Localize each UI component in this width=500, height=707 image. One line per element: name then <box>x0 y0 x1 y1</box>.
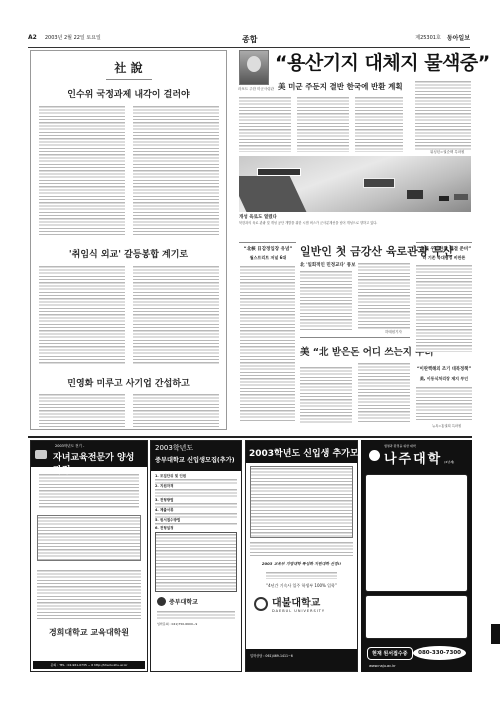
us-story-body-2 <box>358 362 410 423</box>
side-right2-headline: “이란핵해외 조기 대북정책” <box>416 366 472 372</box>
ad-daebul-logo: 대불대학교 <box>272 594 325 609</box>
lead-body-4 <box>415 80 471 150</box>
ad-kyunghee-kicker: 2003학년도 전기 - <box>55 444 143 449</box>
naju-emblem-icon <box>369 450 380 461</box>
editorial-body-3b <box>133 393 219 427</box>
ad-naju-website[interactable]: www.naju.ac.kr <box>361 664 472 668</box>
page-edge-marker <box>491 624 500 644</box>
photo-caption-title: 개성 육로도 열렸다 <box>239 214 277 220</box>
ad-naju[interactable]: 생명과 환경을 위한 대학 나주대학 (2년제) 현재 원서접수중 080-33… <box>361 440 472 672</box>
side-right2-body <box>416 386 472 420</box>
ad-joongbu[interactable]: 2003학년도 중부대학교 신입생모집(추가) 1. 모집단위 및 인원 2. … <box>150 440 242 672</box>
page-number: A2 <box>28 34 37 41</box>
side-right2-byline: 뉴욕=홍권희 특파원 <box>432 423 461 428</box>
section-title: 종합 <box>242 34 257 45</box>
ad-daebul-logo-en: DAEBUL UNIVERSITY <box>272 609 325 613</box>
news-photo <box>239 156 471 212</box>
ad-naju-title: 나주대학 <box>384 448 442 467</box>
side-right2-subheadline: 美, 이동식처리장 제지 부인 <box>416 376 472 382</box>
ad-kyunghee-title: 자녀교육전문가 양성과정 <box>53 450 143 476</box>
lead-body-1 <box>239 96 291 152</box>
ad-kyunghee-contact: 문의 : TEL : 02-961-0735 ~ 6 http://khedu.… <box>33 661 145 669</box>
ad-joongbu-title: 중부대학교 신입생모집(추가) <box>155 455 237 464</box>
ad-naju-phone[interactable]: 080-330-7300 <box>413 646 466 660</box>
editorial-headline-1: 인수위 국정과제 내각이 걸러야 <box>31 87 226 100</box>
center-body-2 <box>358 262 410 330</box>
issue-number: 제25301호 <box>415 34 441 41</box>
portrait-photo <box>239 50 269 85</box>
side-right-headline: “北核 우연한회 해결 준비” <box>416 246 472 252</box>
daebul-emblem-icon <box>254 597 268 611</box>
ad-kyunghee[interactable]: 2003학년도 전기 - 자녀교육전문가 양성과정 경희대학교 교육대학원 문의… <box>30 440 148 672</box>
joongbu-emblem-icon <box>157 597 166 606</box>
editorial-body-3 <box>39 393 125 427</box>
lead-body-2 <box>297 96 349 152</box>
side-left-headline: “北核 日감정입장 유념” <box>240 246 296 252</box>
editorial-body-2b <box>133 265 219 365</box>
side-left-subheadline: 월스트리트 저널 6대 <box>240 255 296 261</box>
lead-headline: “용산기지 대체지 물색중” <box>275 48 490 75</box>
ad-joongbu-logo: 중부대학교 <box>169 597 198 606</box>
ad-kyunghee-footer-title: 경희대학교 교육대학원 <box>31 627 147 638</box>
ad-joongbu-year: 2003학년도 <box>155 443 237 453</box>
portrait-caption: 라포트 주한 미군사령관 <box>238 87 274 92</box>
lead-body-3 <box>355 96 403 152</box>
editorial-headline-3: 민영화 미루고 사기업 간섭하고 <box>31 376 226 389</box>
ad-section-6: 6. 전형일정 <box>155 526 237 530</box>
center-body-1 <box>300 270 352 330</box>
ad-joongbu-contact: 입학문의 : 041)750-6600~9 <box>151 622 241 626</box>
side-right-subheadline: 러 기존 북대협정 비판론 <box>416 255 472 261</box>
book-icon <box>35 450 47 459</box>
editorial-body-2 <box>39 265 125 365</box>
editorial-column-title: 社 說 <box>31 59 226 76</box>
us-story-body-1 <box>300 366 352 423</box>
editorial-body-1b <box>133 105 219 235</box>
center-byline: 하태원기자 <box>385 330 402 335</box>
editorial-body-1 <box>39 105 125 235</box>
center-subheadline: 北 '일회적인 민정교다' 통보 <box>300 262 355 268</box>
newspaper-brand: 동아일보 <box>447 33 470 42</box>
lead-subheadline: 美 미군 주둔지 결반 한국에 반환 계획 <box>278 81 403 92</box>
ad-naju-title-suffix: (2년제) <box>444 460 454 464</box>
page-header: A2 2003년 2월 22일 토요일 종합 제25301호 동아일보 <box>28 28 470 48</box>
ad-daebul[interactable]: 2003학년도 신입생 추가모집 2003 교육부 지방대학 특성화 지원대학 … <box>245 440 358 672</box>
editorial-headline-2: '취임식 외교' 갈등봉합 계기로 <box>31 247 226 260</box>
ad-daebul-title: 2003학년도 신입생 추가모집 <box>246 441 357 463</box>
issue-date: 2003년 2월 22일 토요일 <box>45 34 101 41</box>
photo-caption-text: 북한과의 육로 관광 및 개성 공단 개발을 위한 시범 버스가 군사분계선을 … <box>239 221 471 225</box>
ad-daebul-contact: 입학상담 : 061)469-1411~6 <box>246 649 357 671</box>
editorial-box: 社 說 인수위 국정과제 내각이 걸러야 '취임식 외교' 갈등봉합 계기로 민… <box>30 50 227 430</box>
lead-byline: 워싱턴=권순택 특파원 <box>430 150 464 155</box>
side-left-body <box>240 265 295 423</box>
side-right-body <box>416 264 472 352</box>
ad-daebul-slogan: 2003 교육부 지방대학 특성화 지원대학 선정!! <box>246 561 357 567</box>
ad-naju-badge[interactable]: 현재 원서접수중 <box>367 647 413 660</box>
